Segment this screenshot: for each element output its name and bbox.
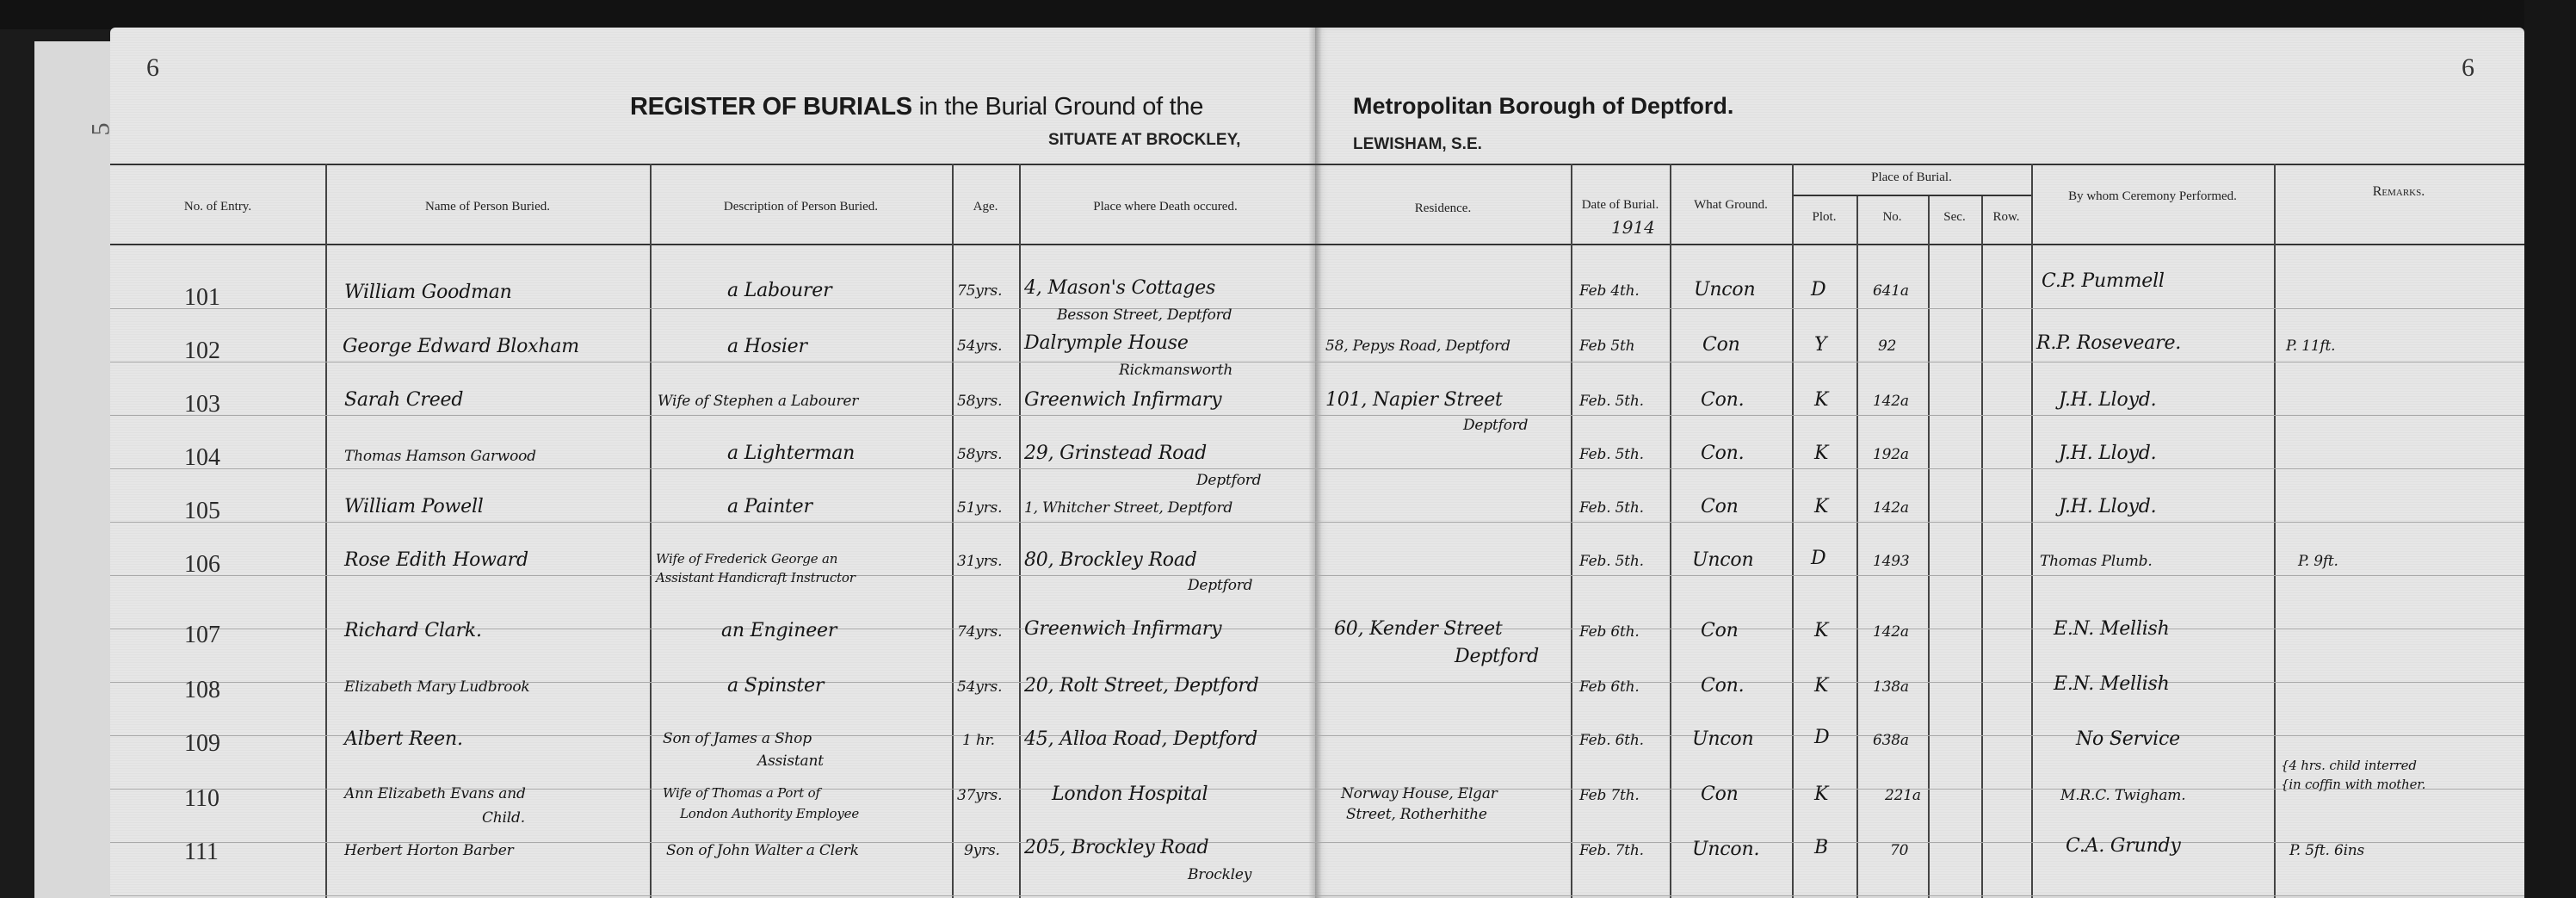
person-name: William Powell [344,496,484,517]
remarks-line2: {in coffin with mother. [2281,777,2425,792]
entry-number: 109 [184,730,220,758]
register-title-bold: REGISTER OF BURIALS [630,93,912,121]
residence-line2: Deptford [1463,417,1528,434]
ceremony-by: Thomas Plumb. [2040,553,2153,570]
header-row: Row. [1981,210,2031,225]
plot-letter: K [1814,389,1828,411]
plot-letter: D [1811,548,1825,569]
person-name: Rose Edith Howard [344,549,528,571]
grave-number: 221a [1885,787,1921,804]
burial-date: Feb. 5th. [1579,446,1644,463]
header-name: Name of Person Buried. [325,200,650,214]
row-rule [110,522,2524,523]
header-ground: What Ground. [1670,198,1792,213]
entry-number: 107 [184,622,220,649]
col-divider [1928,196,1930,898]
entry-number: 103 [184,391,220,418]
underlying-page: 5 [34,41,121,898]
borough-title: Metropolitan Borough of Deptford. [1353,93,1733,120]
register-title-rest: in the Burial Ground of the [912,93,1203,121]
plot-letter: K [1814,783,1828,805]
burial-date: Feb. 7th. [1579,842,1644,859]
person-age: 54yrs. [957,678,1002,696]
residence: 58, Pepys Road, Deptford [1325,338,1510,355]
person-age: 9yrs. [964,842,1000,859]
row-rule [110,575,2524,576]
residence: 101, Napier Street [1325,389,1503,411]
place-of-death: 45, Alloa Road, Deptford [1024,728,1257,750]
grave-number: 92 [1878,338,1896,355]
grave-number: 142a [1873,393,1909,410]
header-residence: Residence. [1315,201,1571,216]
ground-type: Uncon. [1692,839,1759,860]
place-of-death: 1, Whitcher Street, Deptford [1024,499,1232,517]
residence: Norway House, Elgar [1341,785,1498,802]
ground-type: Con [1702,334,1740,356]
col-divider [1856,196,1858,898]
entry-number: 102 [184,338,220,365]
header-place-of-death: Place where Death occured. [1019,200,1312,214]
remarks: P. 11ft. [2286,338,2335,355]
book-binding-top [0,0,2576,29]
person-name: Sarah Creed [344,389,463,411]
person-description: a Labourer [727,280,831,301]
ground-type: Con. [1701,675,1744,697]
col-divider [1981,196,1983,898]
row-rule [110,362,2524,362]
grave-number: 142a [1873,623,1909,641]
place-of-death: 29, Grinstead Road [1024,443,1207,464]
ground-type: Con. [1701,389,1744,411]
ceremony-by: No Service [2076,728,2180,750]
ground-type: Con [1701,783,1739,805]
person-name: George Edward Bloxham [343,336,579,357]
grave-number: 138a [1873,678,1909,696]
burial-register-book: 5 6 6 REGISTER OF BURIALS in the Burial … [0,0,2576,898]
header-no: No. [1856,210,1928,225]
ceremony-by: J.H. Lloyd. [2059,443,2156,464]
page-number-right: 6 [2462,53,2474,83]
header-top-rule [110,164,2524,165]
person-description: a Painter [727,496,812,517]
remarks: P. 5ft. 6ins [2289,842,2364,859]
burial-date: Feb 4th. [1579,282,1640,300]
person-age: 74yrs. [957,623,1002,641]
residence-line2: Deptford [1455,646,1539,667]
ground-type: Con. [1701,443,1744,464]
ceremony-by: M.R.C. Twigham. [2060,787,2185,804]
plot-letter: D [1814,727,1829,748]
register-title: REGISTER OF BURIALS in the Burial Ground… [630,93,1203,121]
grave-number: 1493 [1873,553,1909,570]
plot-letter: K [1814,620,1828,641]
place-of-death-line2: Brockley [1188,866,1251,883]
place-of-death: London Hospital [1052,783,1208,805]
person-description: Son of James a Shop [663,730,812,747]
burial-date: Feb 7th. [1579,787,1640,804]
row-rule [110,308,2524,309]
plot-letter: K [1814,496,1828,517]
person-name: Ann Elizabeth Evans and [344,785,526,802]
person-name: Elizabeth Mary Ludbrook [344,678,529,696]
burial-date: Feb 6th. [1579,678,1640,696]
ceremony-by: R.P. Roseveare. [2036,332,2181,354]
register-subtitle-right: LEWISHAM, S.E. [1353,135,1482,154]
header-sec: Sec. [1928,210,1981,225]
person-description-line2: Assistant Handicraft Instructor [656,570,856,585]
person-description: a Lighterman [727,443,855,464]
header-ceremony: By whom Ceremony Performed. [2031,189,2274,204]
ceremony-by: E.N. Mellish [2054,673,2170,695]
person-age: 54yrs. [957,338,1002,355]
ceremony-by: E.N. Mellish [2054,618,2170,640]
person-age: 58yrs. [957,446,1002,463]
header-description: Description of Person Buried. [650,200,952,214]
person-description-line2: London Authority Employee [680,806,859,821]
entry-number: 111 [184,839,219,866]
person-description: Son of John Walter a Clerk [666,842,859,859]
header-plot: Plot. [1792,210,1856,225]
person-description: an Engineer [721,620,837,641]
person-description: Wife of Stephen a Labourer [658,393,858,410]
ceremony-by: J.H. Lloyd. [2059,496,2156,517]
place-of-death-line2: Deptford [1196,472,1261,489]
grave-number: 638a [1873,732,1909,749]
residence: 60, Kender Street [1334,618,1503,640]
person-age: 31yrs. [957,553,1002,570]
ceremony-by: C.A. Grundy [2066,835,2181,857]
place-of-death: Greenwich Infirmary [1024,389,1221,411]
ground-type: Uncon [1694,279,1755,300]
person-name: Herbert Horton Barber [344,842,514,859]
person-name: Thomas Hamson Garwood [344,448,536,465]
book-binding-right [2524,0,2576,898]
person-age: 75yrs. [957,282,1002,300]
row-rule [110,415,2524,416]
page-number-left: 6 [146,53,159,83]
place-of-death: 4, Mason's Cottages [1024,277,1215,299]
header-entry: No. of Entry. [110,200,325,214]
ground-type: Uncon [1692,549,1753,571]
plot-letter: Y [1814,334,1826,356]
header-age: Age. [952,200,1019,214]
row-rule [110,895,2524,896]
header-place-of-burial: Place of Burial. [1792,170,2031,185]
person-name-line2: Child. [482,809,525,827]
place-of-burial-rule [1792,195,2031,196]
grave-number: 641a [1873,282,1909,300]
plot-letter: K [1814,675,1828,697]
plot-letter: D [1811,279,1825,300]
place-of-death-line2: Besson Street, Deptford [1057,307,1232,324]
entry-number: 106 [184,551,220,579]
entry-number: 110 [184,785,219,813]
person-age: 1 hr. [962,732,995,749]
register-subtitle-left: SITUATE AT BROCKLEY, [1048,131,1240,150]
place-of-death: 80, Brockley Road [1024,549,1197,571]
person-name: William Goodman [344,282,512,303]
person-description: a Spinster [727,675,824,697]
ground-type: Con [1701,620,1739,641]
place-of-death: 205, Brockley Road [1024,837,1208,858]
grave-number: 192a [1873,446,1909,463]
burial-date: Feb. 5th. [1579,499,1644,517]
person-description-line2: Assistant [757,752,824,770]
header-remarks: Remarks. [2274,184,2523,200]
residence-line2: Street, Rotherhithe [1346,806,1487,823]
grave-number: 142a [1873,499,1909,517]
burial-date: Feb. 5th. [1579,393,1644,410]
place-of-death-line2: Rickmansworth [1119,362,1232,379]
burial-date: Feb. 5th. [1579,553,1644,570]
place-of-death: Dalrymple House [1024,332,1189,354]
header-bottom-rule [110,244,2524,245]
entry-number: 105 [184,498,220,525]
burial-year: 1914 [1611,217,1655,238]
person-description: Wife of Frederick George an [656,551,837,567]
plot-letter: K [1814,443,1828,464]
person-description: Wife of Thomas a Port of [663,785,820,801]
grave-number: 70 [1890,842,1908,859]
person-name: Albert Reen. [344,728,463,750]
remarks: P. 9ft. [2298,553,2338,570]
header-date: Date of Burial. [1571,198,1670,213]
person-age: 58yrs. [957,393,1002,410]
place-of-death-line2: Deptford [1188,577,1252,594]
entry-number: 101 [184,284,220,312]
entry-number: 104 [184,444,220,472]
book-gutter [1308,28,1322,898]
entry-number: 108 [184,677,220,704]
person-age: 51yrs. [957,499,1002,517]
ceremony-by: J.H. Lloyd. [2059,389,2156,411]
row-rule [110,468,2524,469]
burial-date: Feb 5th [1579,338,1634,355]
ground-type: Uncon [1692,728,1753,750]
burial-date: Feb. 6th. [1579,732,1644,749]
burial-date: Feb 6th. [1579,623,1640,641]
place-of-death: 20, Rolt Street, Deptford [1024,675,1259,697]
plot-letter: B [1814,837,1828,858]
ground-type: Con [1701,496,1739,517]
place-of-death: Greenwich Infirmary [1024,618,1221,640]
person-age: 37yrs. [957,787,1002,804]
person-description: a Hosier [727,336,807,357]
person-name: Richard Clark. [344,620,482,641]
ceremony-by: C.P. Pummell [2042,270,2165,292]
remarks: {4 hrs. child interred [2281,758,2417,773]
